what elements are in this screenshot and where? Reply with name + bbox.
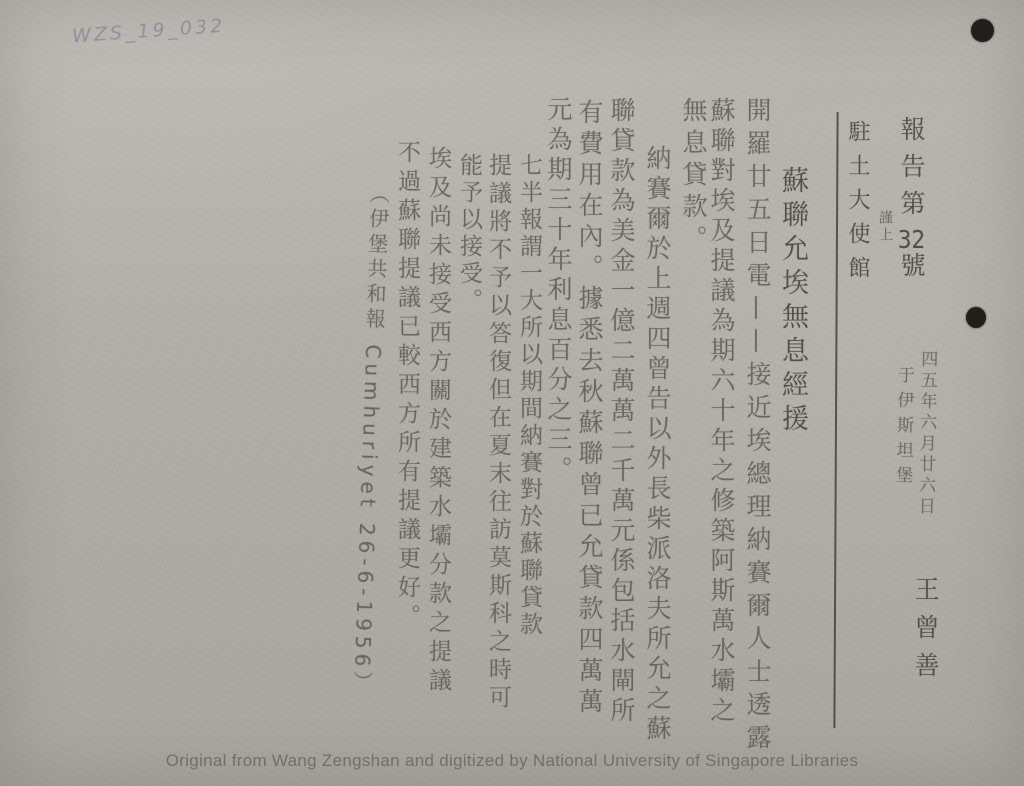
report-number-prefix: 報告第: [897, 116, 926, 227]
article-column-12: 不過蘇聯提議已較西方所有提議更好。: [395, 140, 418, 633]
separator-line: [833, 112, 838, 728]
article-column-11: 埃及尚未接受西方關於建築水壩分款之提議: [426, 146, 449, 697]
article-column-1: 開羅廿五日電——接近埃總理納賽爾人士透露: [745, 97, 770, 757]
article-column-6: 有費用在內。據悉去秋蘇聯曾已允貸款四萬萬: [577, 99, 602, 719]
article-column-4: 納賽爾於上週四曾告以外長柴派洛夫所允之蘇: [645, 145, 670, 745]
article-column-2: 蘇聯對埃及提議為期六十年之修築阿斯萬水壩之: [709, 97, 734, 727]
article-column-10: 能予以接受。: [457, 153, 480, 315]
article-column-8: 七半報謂一大所以期間納賽對於蘇聯貸款: [517, 153, 540, 639]
article-column-5: 聯貸款為美金一億二萬萬二千萬元係包括水閘所: [609, 97, 634, 727]
salutation: 謹上: [878, 210, 892, 244]
signature: 王曾善: [913, 576, 938, 690]
digitization-watermark: Original from Wang Zengshan and digitize…: [0, 751, 1024, 771]
office-name: 駐土大使館: [846, 120, 868, 290]
source-citation-column: （伊堡共和報 Cumhuriyet 26-6-1956）: [351, 183, 389, 697]
report-date: 四五年六月廿六日: [916, 350, 936, 518]
article-title: 蘇聯允埃無息經援: [779, 166, 806, 438]
report-number-title: 報告第32號: [899, 116, 924, 289]
report-number-digits: 32: [897, 227, 926, 252]
punch-hole-top: [971, 19, 994, 42]
article-column-7: 元為期三十年利息百分之三。: [546, 96, 571, 486]
article-column-9: 提議將不予以答復但在夏末往訪莫斯科之時可: [486, 153, 509, 713]
report-place: 于伊斯坦堡: [893, 366, 912, 491]
archive-reference-number: WZS_19_032: [71, 15, 225, 48]
article-column-3: 無息貸款。: [681, 97, 706, 257]
scanned-document-page: WZS_19_032 報告第32號 謹上 駐土大使館 四五年六月廿六日 于伊斯坦…: [0, 0, 1024, 786]
punch-hole-middle: [966, 307, 986, 328]
report-number-suffix: 號: [897, 252, 926, 289]
